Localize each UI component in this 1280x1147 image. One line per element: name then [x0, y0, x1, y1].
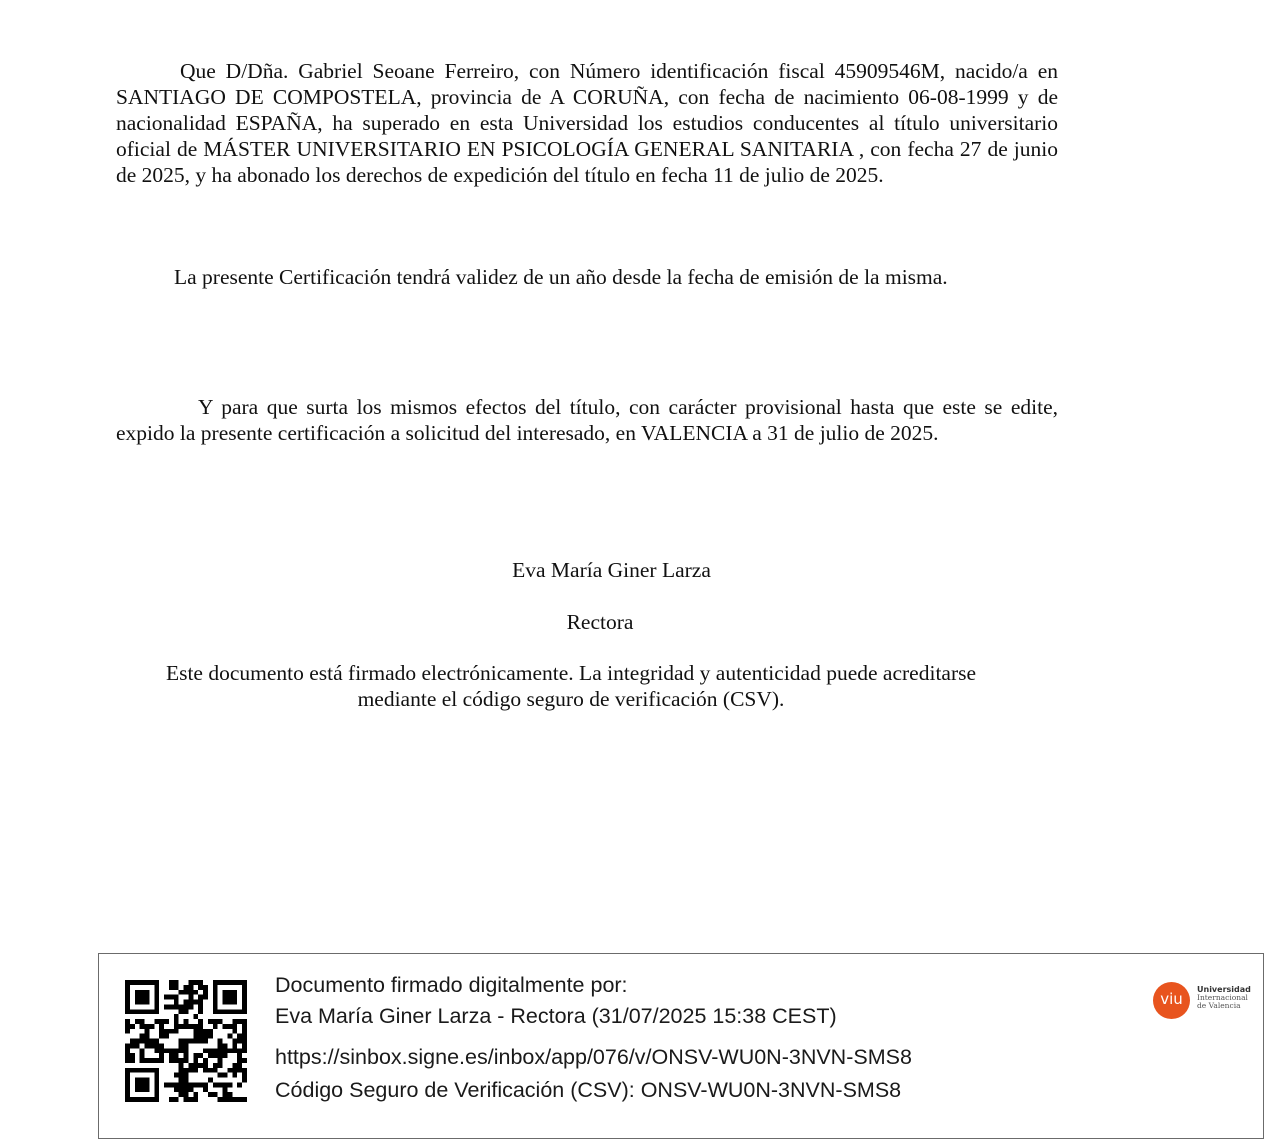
- qr-code-icon[interactable]: [125, 980, 247, 1102]
- signature-label: Documento firmado digitalmente por:: [275, 970, 912, 1001]
- notice-line-2: mediante el código seguro de verificació…: [116, 686, 1026, 712]
- logo-line-3: de Valencia: [1197, 1002, 1248, 1010]
- university-logo: viu Universidad Internacional de Valenci…: [1153, 980, 1253, 1020]
- viu-logo-icon: viu: [1153, 982, 1190, 1019]
- csv-code: Código Seguro de Verificación (CSV): ONS…: [275, 1075, 912, 1106]
- signature-details: Documento firmado digitalmente por: Eva …: [275, 970, 912, 1106]
- logo-line-2-3: Internacional de Valencia: [1197, 994, 1248, 1010]
- signer-name: Eva María Giner Larza: [0, 558, 1223, 583]
- certificate-paragraph-main: Que D/Dña. Gabriel Seoane Ferreiro, con …: [116, 58, 1058, 188]
- signed-by: Eva María Giner Larza - Rectora (31/07/2…: [275, 1001, 912, 1042]
- signer-role: Rectora: [0, 610, 1200, 635]
- validity-paragraph: La presente Certificación tendrá validez…: [174, 264, 1074, 290]
- issuance-paragraph: Y para que surta los mismos efectos del …: [116, 394, 1058, 446]
- digital-signature-box: Documento firmado digitalmente por: Eva …: [98, 953, 1264, 1139]
- notice-line-1: Este documento está firmado electrónicam…: [116, 660, 1026, 686]
- electronic-signature-notice: Este documento está firmado electrónicam…: [116, 660, 1026, 712]
- verification-url[interactable]: https://sinbox.signe.es/inbox/app/076/v/…: [275, 1042, 912, 1075]
- certificate-text: Que D/Dña. Gabriel Seoane Ferreiro, con …: [116, 59, 1058, 187]
- issuance-text: Y para que surta los mismos efectos del …: [116, 395, 1058, 445]
